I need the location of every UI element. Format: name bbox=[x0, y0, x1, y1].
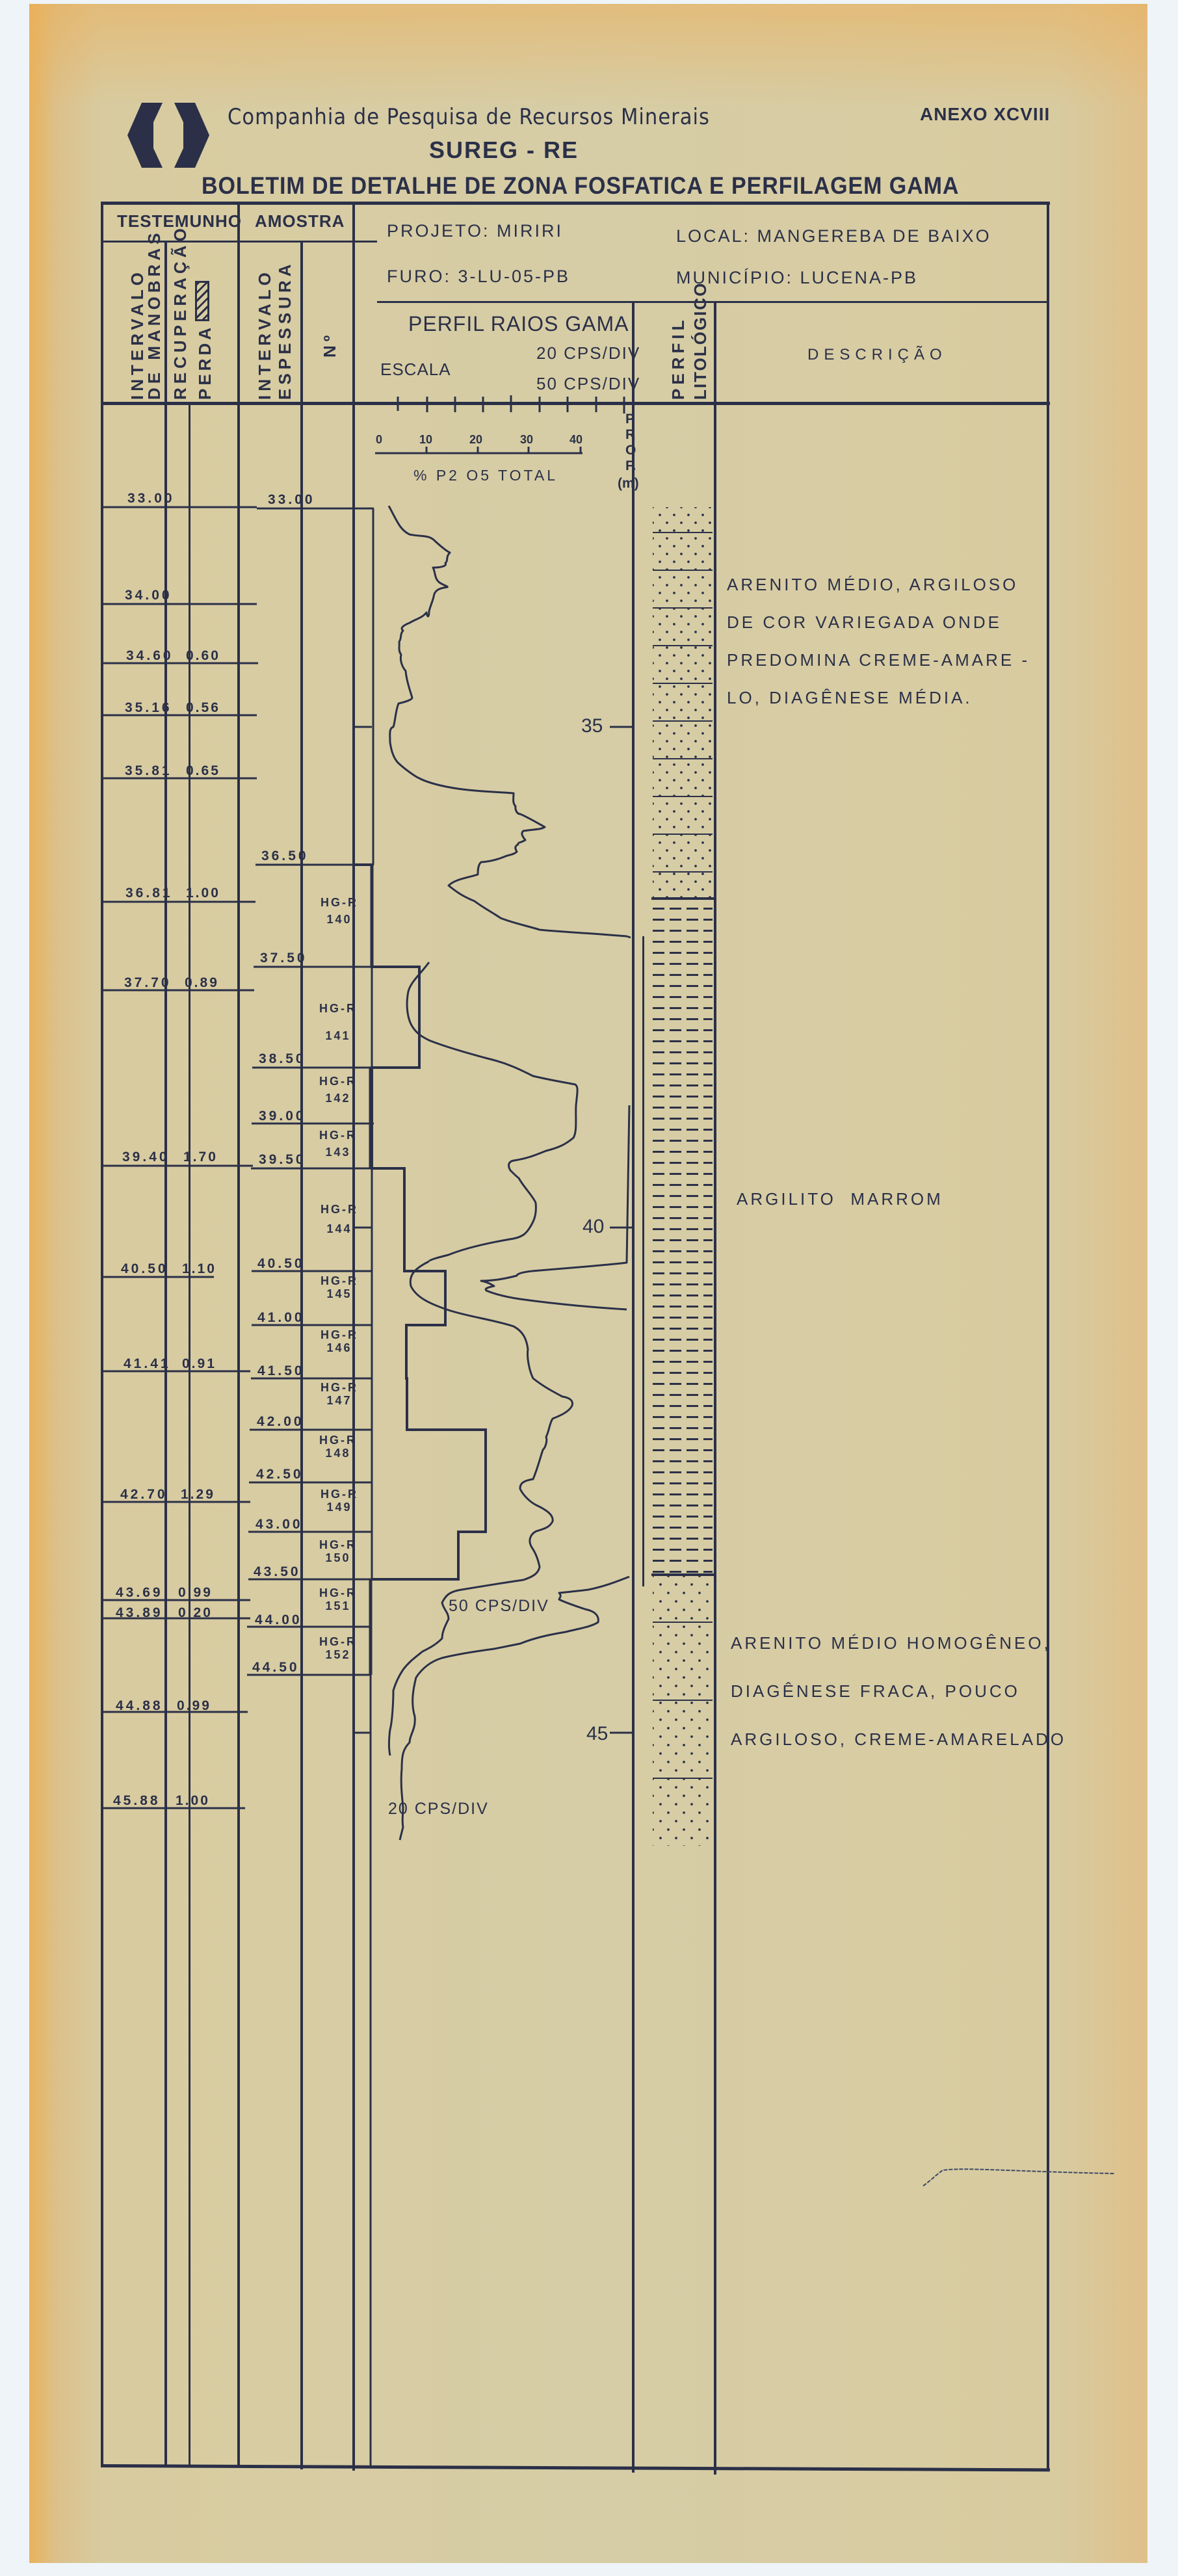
pen-mark bbox=[0, 0, 1178, 2576]
